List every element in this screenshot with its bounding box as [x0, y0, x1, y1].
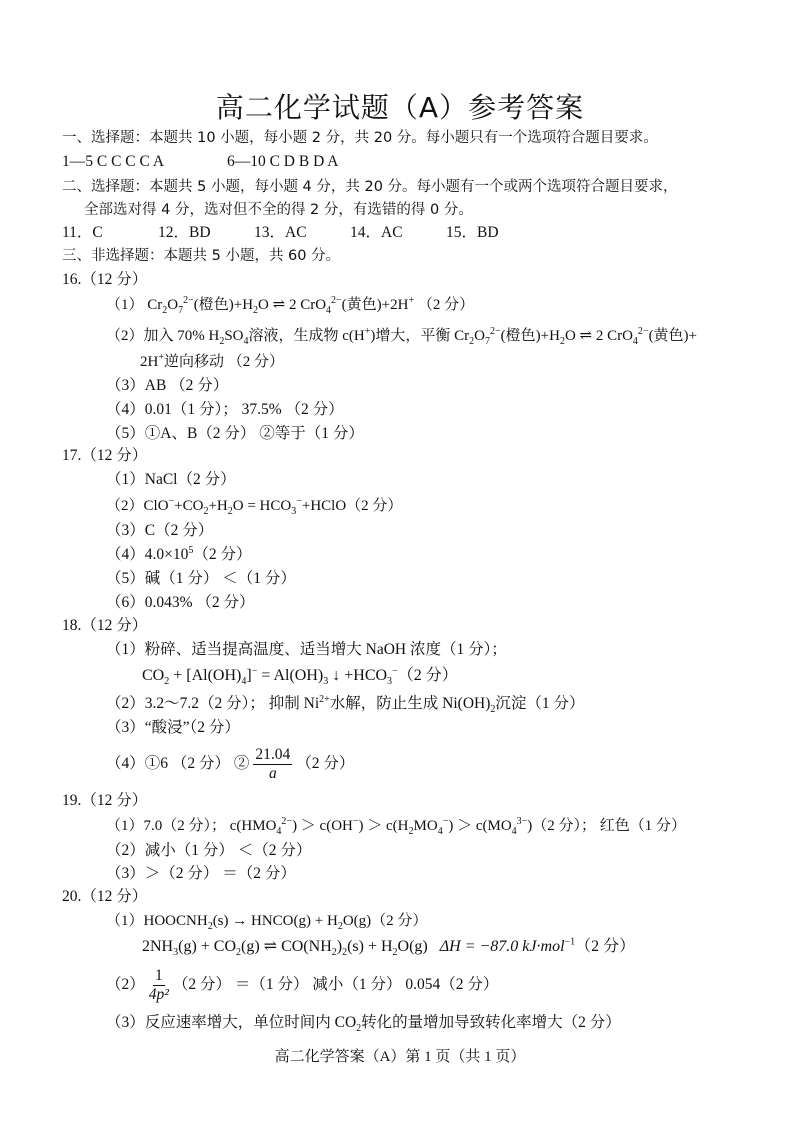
q17-part1: （1）NaCl（2 分） [106, 470, 236, 490]
answer-11: 11．C [62, 223, 158, 243]
q18-label: 18.（12 分） [62, 616, 147, 636]
fraction: 21.04a [253, 746, 292, 783]
section2-header-line2: 全部选对得 4 分，选对但不全的得 2 分，有选错的得 0 分。 [84, 200, 473, 220]
q19-part3: （3）＞（2 分） ＝（2 分） [106, 864, 296, 884]
section3-header: 三、非选择题：本题共 5 小题，共 60 分。 [62, 246, 340, 266]
q18-part4: （4）①6 （2 分） ②21.04a（2 分） [106, 744, 354, 784]
q16-label: 16.（12 分） [62, 270, 147, 290]
answer-14: 14．AC [350, 223, 446, 243]
section1-answers: 1—5 C C C C A 6—10 C D B D A [62, 152, 339, 172]
q17-part2: （2）ClO−+CO2+H2O = HCO3−+HClO（2 分） [106, 496, 402, 516]
q16-part1: （1） Cr2O72−(橙色)+H2O ⇌ 2 CrO42−(黄色)+2H+ （… [106, 295, 474, 315]
q20-label: 20.（12 分） [62, 887, 147, 907]
section2-header-line1: 二、选择题：本题共 5 小题，每小题 4 分，共 20 分。每小题有一个或两个选… [62, 177, 678, 197]
q19-part2: （2）减小（1 分） ＜（2 分） [106, 841, 311, 861]
q17-part3: （3）C（2 分） [106, 521, 213, 541]
q17-part4: （4）4.0×105（2 分） [106, 545, 252, 565]
q16-part3: （3）AB （2 分） [106, 376, 228, 396]
q16-part5: （5）①A、B（2 分） ②等于（1 分） [106, 424, 364, 444]
q17-label: 17.（12 分） [62, 446, 147, 466]
q17-part5: （5）碱（1 分） ＜（1 分） [106, 569, 296, 589]
q19-part1: （1）7.0（2 分）； c(HMO42−) ＞ c(OH−) ＞ c(H2MO… [106, 816, 686, 836]
q16-part2-line2: 2H+逆向移动 （2 分） [140, 352, 284, 372]
q16-part4: （4）0.01（1 分）； 37.5% （2 分） [106, 400, 344, 420]
answer-13: 13．AC [254, 223, 350, 243]
answer-12: 12．BD [158, 223, 254, 243]
q17-part6: （6）0.043% （2 分） [106, 593, 255, 613]
q20-part2: （2）14p²（2 分） ＝（1 分） 减小（1 分） 0.054（2 分） [106, 962, 498, 1008]
q20-part1: （1）HOOCNH2(s) → HNCO(g) + H2O(g)（2 分） [106, 911, 427, 931]
section1-header: 一、选择题：本题共 10 小题，每小题 2 分，共 20 分。每小题只有一个选项… [62, 128, 658, 148]
fraction: 14p² [149, 967, 169, 1004]
answers-1-5: 1—5 C C C C A [62, 153, 163, 170]
q20-part1-equation2: 2NH3(g) + CO2(g) ⇌ CO(NH2)2(s) + H2O(g) … [142, 937, 635, 957]
answer-15: 15．BD [446, 224, 499, 241]
q20-part3: （3）反应速率增大，单位时间内 CO2转化的量增加导致转化率增大（2 分） [106, 1013, 621, 1033]
q18-part3: （3）“酸浸”（2 分） [106, 718, 240, 738]
q16-equation: Cr2O72−(橙色)+H2O ⇌ 2 CrO42−(黄色)+2H+ [147, 297, 414, 313]
q18-part2: （2）3.2～7.2（2 分）； 抑制 Ni2+水解，防止生成 Ni(OH)2沉… [106, 694, 585, 714]
section2-answers: 11．C12．BD13．AC14．AC15．BD [62, 223, 499, 243]
q19-label: 19.（12 分） [62, 791, 147, 811]
page-title: 高二化学试题（A）参考答案 [0, 86, 800, 126]
q16-part2: （2）加入 70% H2SO4溶液，生成物 c(H+)增大，平衡 Cr2O72−… [106, 326, 697, 346]
answers-6-10: 6—10 C D B D A [227, 153, 339, 170]
q18-part1-equation: CO2 + [Al(OH)4]− = Al(OH)3 ↓ +HCO3−（2 分） [142, 666, 458, 686]
page-footer: 高二化学答案（A）第 1 页（共 1 页） [0, 1045, 800, 1066]
q18-part1: （1）粉碎、适当提高温度、适当增大 NaOH 浓度（1 分）； [106, 640, 507, 660]
